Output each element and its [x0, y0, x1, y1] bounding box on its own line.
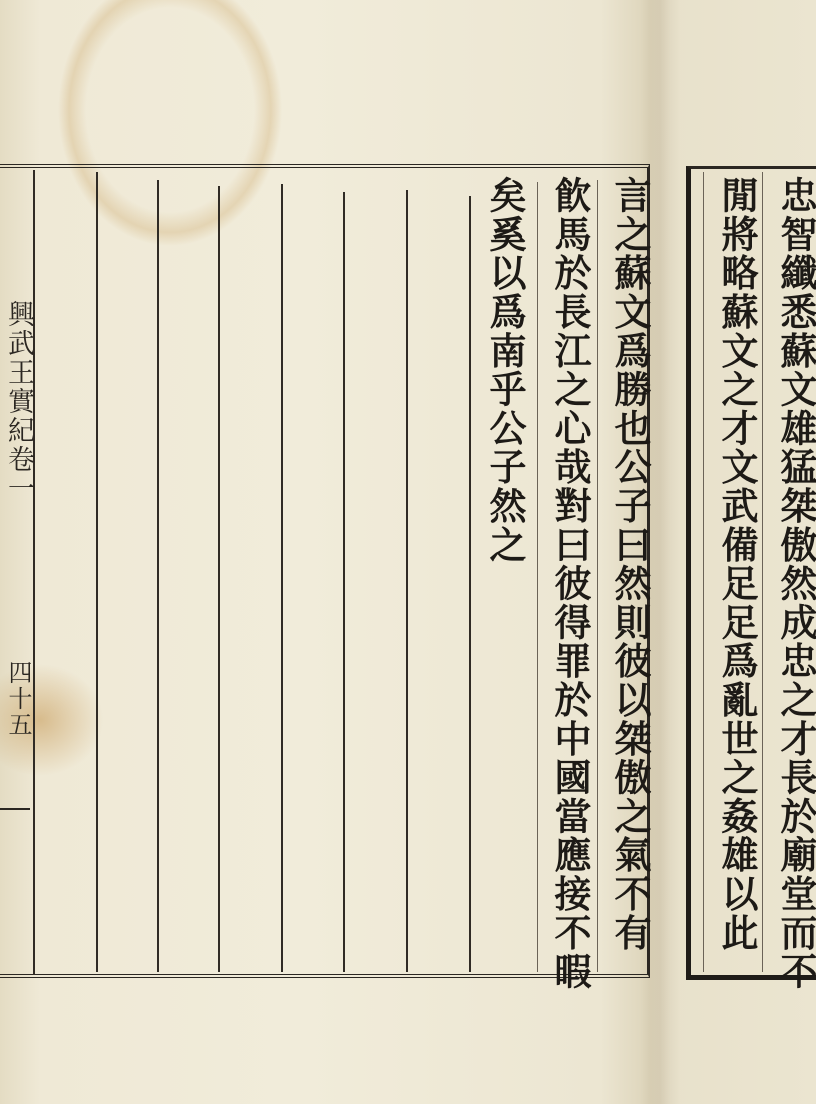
text-column-3: 矣奚以爲南乎公子然之 [475, 176, 535, 564]
column-rule [406, 190, 408, 972]
column-rule [537, 182, 538, 972]
column-rule [343, 192, 345, 972]
text-column-2: 飮馬於長江之心哉對曰彼得罪於中國當應接不暇 [540, 176, 600, 991]
column-rule [281, 184, 283, 972]
column-rule [96, 172, 98, 972]
text-column-1: 言之蘇文爲勝也公子曰然則彼以桀傲之氣不有 [600, 176, 660, 952]
column-rule [218, 186, 220, 972]
fold-margin-title: 興武王實紀卷一 [0, 300, 36, 503]
right-text-column-2: 閒將略蘇文之才文武備足足爲亂世之姦雄以此 [707, 176, 767, 952]
fold-margin-leaf-mark [0, 808, 30, 810]
column-rule [703, 172, 704, 972]
column-rule [157, 180, 159, 972]
right-text-column-1: 忠智纖悉蘇文雄猛桀傲然成忠之才長於廟堂而不 [766, 176, 816, 991]
fold-margin-page-number: 四十五 [0, 660, 36, 738]
fold-margin-rule [33, 170, 35, 975]
column-rule [469, 196, 471, 972]
